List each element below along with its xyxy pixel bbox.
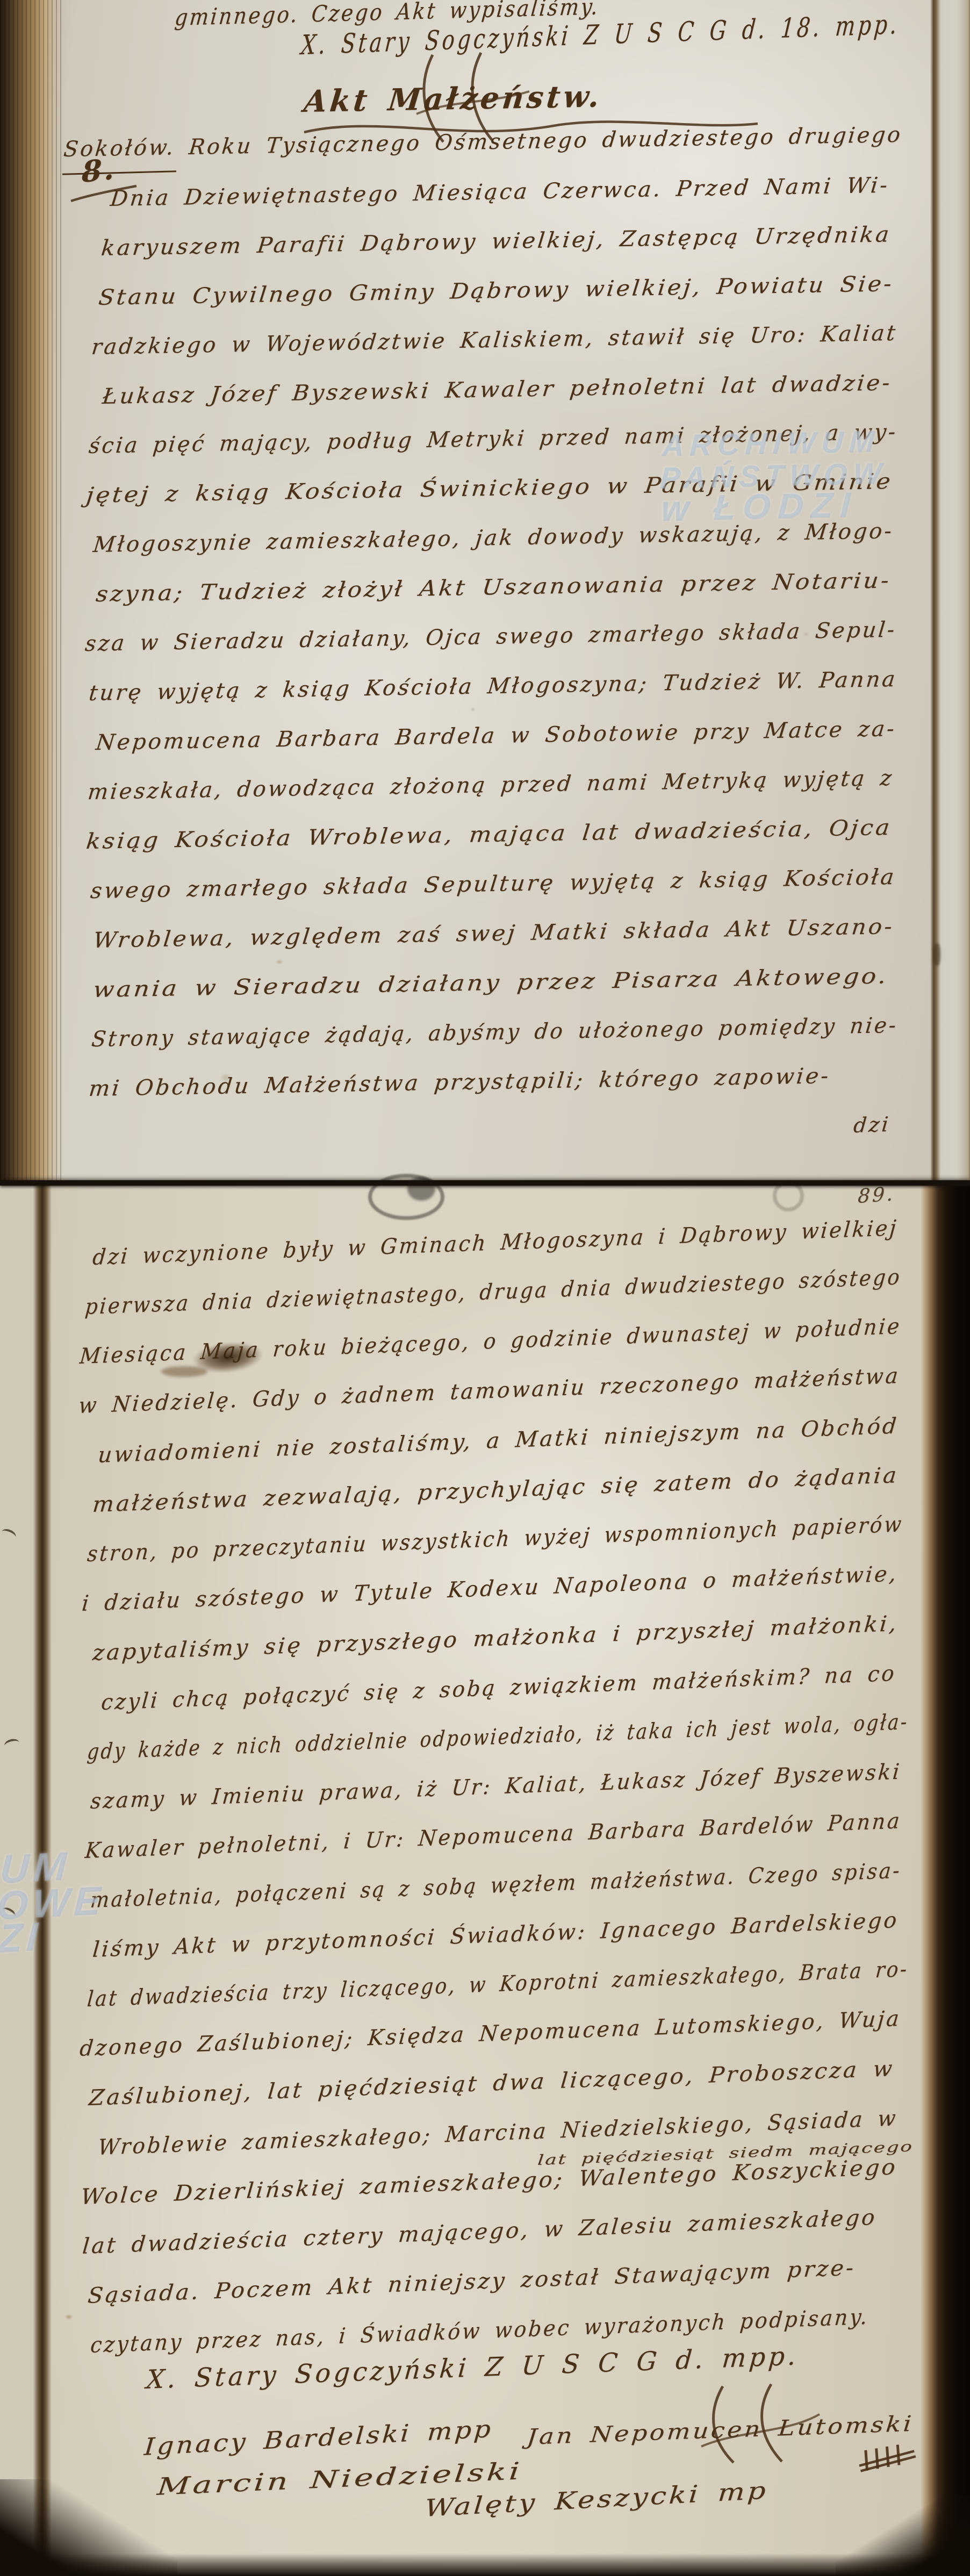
scanned-register-spread: ARCHIWUM PAŃSTWOW w ŁODZI gminnego. Czeg…	[0, 0, 970, 2576]
photo-seam	[0, 1180, 970, 1186]
watermark-w-lodzi: w ŁODZI	[660, 484, 858, 529]
watermark-fragment-zi: ZI	[0, 1913, 43, 1962]
tally-flourish	[858, 2442, 918, 2474]
book-gutter	[0, 0, 63, 1180]
act-heading: Akt Małżeństw.	[302, 78, 604, 119]
edge-ink-smudge	[933, 943, 940, 966]
ink-blot-tail	[161, 1366, 207, 1377]
adjacent-page-edge	[930, 0, 970, 1180]
page-number: 89.	[857, 1183, 895, 1208]
bottom-left-dark-corner	[0, 2479, 177, 2576]
bottom-right-dark-corner	[836, 2495, 970, 2576]
catchword: dzi	[852, 1113, 891, 1138]
book-edge-dark	[921, 1186, 970, 2576]
